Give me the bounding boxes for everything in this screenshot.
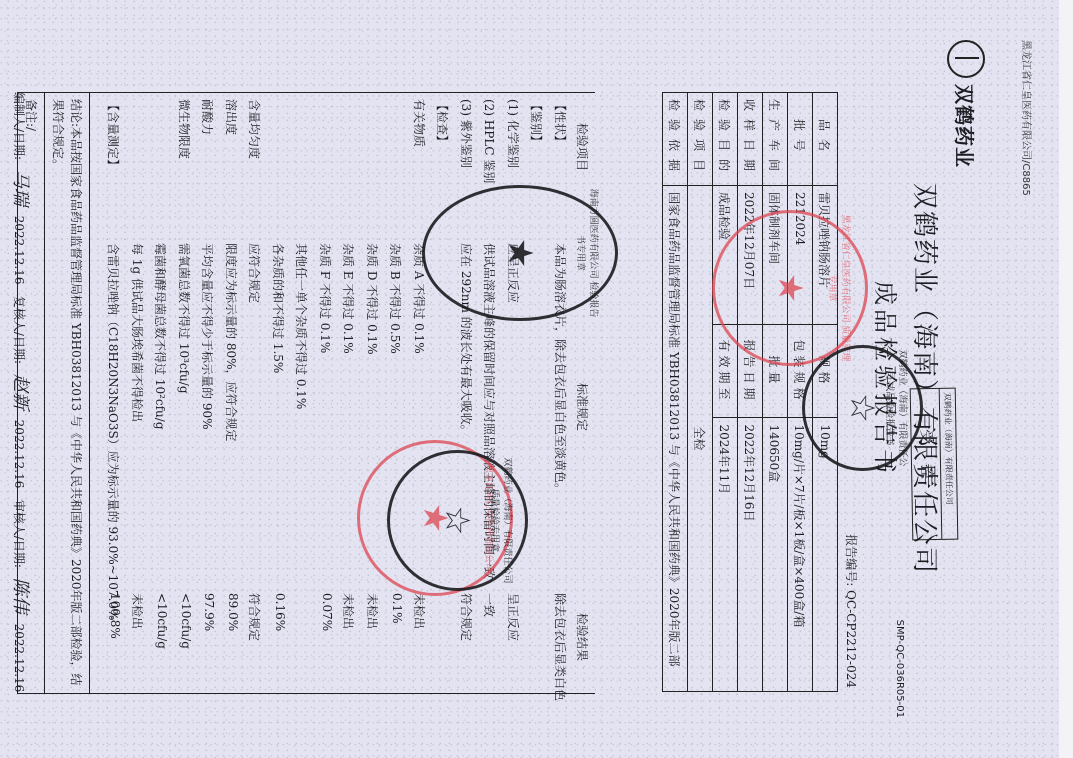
result-standard: 杂质 F 不得过 0.1%: [317, 243, 334, 353]
result-standard: 杂质 E 不得过 0.1%: [341, 243, 358, 354]
label-batch: 批号: [788, 93, 813, 186]
table-row: 生产车间 固体制剂车间 批量 140650盒: [763, 93, 788, 692]
result-item: 【性状】: [552, 99, 569, 147]
star-icon: ☆: [441, 505, 475, 535]
black-stamp-report: ☆ 双鹤药业（海南）有限责任公司 成品检验报告书: [802, 345, 923, 471]
result-value: 0.1%: [391, 593, 405, 624]
result-item: 【含量测定】: [106, 99, 123, 171]
scan-edge: [1059, 0, 1073, 758]
company-logo: 双鹤药业: [947, 40, 985, 168]
signature-row: 编制人/日期: 马瑞 2022.12.16 复核人/日期: 赵新 2022.12…: [9, 92, 35, 732]
result-item: 溶出度: [223, 99, 240, 135]
result-item: 含量均匀度: [247, 99, 264, 159]
results-section: 检验项目 标准规定 检验结果 【性状】本品为肠溶衣片，除去包衣后显白色至淡黄色。…: [89, 92, 595, 694]
result-value: 未检出: [129, 593, 146, 629]
result-item: (2) HPLC 鉴别: [482, 99, 499, 183]
table-row: 检验目的 成品检验 有效期至 2024年11月: [713, 93, 738, 692]
result-value: 未检出: [341, 593, 358, 629]
table-row: 收样日期 2022年12月07日 报告日期 2022年12月16日: [738, 93, 763, 692]
result-value: <10cfu/g: [156, 593, 170, 649]
report-number: 报告编号: QC-CP2212-024: [843, 534, 860, 688]
compiler-date: 2022.12.16: [12, 216, 26, 285]
conclusion-text: 结论:本品按国家食品药品监督管理局标准 YBH03812013 与《中华人民共和…: [44, 93, 89, 693]
report-number-label: 报告编号:: [844, 534, 858, 586]
result-standard: 杂质 B 不得过 0.5%: [388, 243, 405, 354]
result-value: 未检出: [411, 593, 428, 629]
header-result: 检验结果: [574, 613, 591, 661]
report-number-value: QC-CP2212-024: [844, 590, 858, 688]
result-value: 0.16%: [273, 593, 287, 631]
reviewer-signature: 赵新: [10, 374, 31, 410]
result-value: 0.07%: [320, 593, 334, 631]
result-standard: 每 1g 供试品大肠埃希菌不得检出: [129, 243, 146, 422]
inspection-report-page: 黑龙江省仁皇医药有限公司/C8865 双鹤药业 双鹤药业（海南）有限责任公司 双…: [0, 0, 1073, 758]
label-purpose: 检验目的: [713, 93, 738, 186]
compiler-label: 编制人/日期:: [12, 92, 26, 160]
star-icon: ★: [773, 273, 807, 303]
value-test-items: 全检: [688, 186, 713, 692]
result-standard: 限度应为标示量的 80%，应符合规定: [223, 243, 240, 442]
result-item: 【检查】: [435, 99, 452, 147]
logo-text: 双鹤药业: [952, 84, 981, 168]
crane-logo-icon: [947, 40, 985, 78]
label-product-name: 品名: [813, 93, 838, 186]
result-value: 符合规定: [458, 593, 475, 641]
star-icon: ☆: [846, 393, 880, 423]
reviewer-label: 复核人/日期:: [12, 296, 26, 364]
value-basis: 国家食品药品监督管理局标准 YBH03812013 与《中华人民共和国药典》20…: [663, 186, 688, 692]
result-standard: 需氧菌总数不得过 10³cfu/g: [176, 243, 193, 394]
result-value: 100.8%: [109, 593, 123, 639]
result-standard: 应符合规定: [247, 243, 264, 303]
reviewer-date: 2022.12.16: [12, 420, 26, 489]
result-value: 符合规定: [247, 593, 264, 641]
label-sample-date: 收样日期: [738, 93, 763, 186]
result-standard: 平均含量应不得少于标示量的 90%: [200, 243, 217, 430]
black-stamp-quality: ☆ 双鹤药业（海南）有限责任公司 质量检验专用章: [387, 450, 528, 591]
approver-label: 审核人/日期:: [12, 500, 26, 568]
result-value: 除去包衣后显类白色: [552, 593, 569, 701]
result-item: (3) 紫外鉴别: [458, 99, 475, 168]
label-basis: 检验依据: [663, 93, 688, 186]
result-item: 微生物限度: [176, 99, 193, 159]
approver-signature: 陈伟: [10, 578, 31, 614]
compiler-signature: 马瑞: [10, 170, 31, 206]
label-workshop: 生产车间: [763, 93, 788, 186]
label-test-items: 检验项目: [688, 93, 713, 186]
result-standard: 各杂质的和不得过 1.5%: [270, 243, 287, 373]
value-expiry: 2024年11月: [713, 418, 738, 692]
result-value: 呈正反应: [505, 593, 522, 641]
result-item: 有关物质: [411, 99, 428, 147]
result-item: 【鉴别】: [529, 99, 546, 147]
result-standard: 其他任一单个杂质不得过 0.1%: [294, 243, 311, 409]
table-row: 检验项目 全检: [688, 93, 713, 692]
result-standard: 含雷贝拉唑钠（C18H20N3NaO3S）应为标示量的 93.0%~107.0%: [106, 243, 123, 620]
result-value: 89.0%: [226, 593, 240, 631]
value-batch-size: 140650盒: [763, 418, 788, 692]
result-standard: 霉菌和酵母菌总数不得过 10²cfu/g: [153, 243, 170, 430]
black-stamp-text: 双鹤药业（海南）有限责任公司 成品检验报告书: [884, 348, 910, 468]
black-stamp-hainan-text: 海南方圆医药有限公司 检验报告书专用章: [575, 188, 601, 318]
result-item: (1) 化学鉴别: [505, 99, 522, 168]
table-row: 检验依据 国家食品药品监督管理局标准 YBH03812013 与《中华人民共和国…: [663, 93, 688, 692]
star-icon: ★: [503, 238, 537, 268]
approver-date: 2022.12.16: [12, 624, 26, 693]
distributor-line: 黑龙江省仁皇医药有限公司/C8865: [1020, 40, 1035, 196]
header-standard: 标准规定: [574, 383, 591, 431]
black-stamp-hainan: ★ 海南方圆医药有限公司 检验报告书专用章: [422, 185, 618, 321]
result-value: 未检出: [364, 593, 381, 629]
form-number: SMP-QC-036R05-01: [894, 620, 905, 718]
result-value: <10cfu/g: [179, 593, 193, 649]
header-item: 检验项目: [574, 123, 591, 171]
result-standard: 杂质 D 不得过 0.1%: [364, 243, 381, 355]
value-report-date: 2022年12月16日: [738, 418, 763, 692]
controlled-stamp-header: 双鹤药业（海南）有限责任公司: [939, 389, 958, 539]
result-value: 一致: [482, 593, 499, 617]
result-item: 耐酸力: [200, 99, 217, 135]
red-stamp-quality: ★ 黑龙江省仁皇医药有限公司 质量管理专用章: [712, 210, 868, 366]
black-stamp-quality-text: 双鹤药业（海南）有限责任公司 质量检验专用章: [489, 453, 515, 588]
red-stamp-text: 黑龙江省仁皇医药有限公司 质量管理专用章: [827, 213, 853, 363]
result-value: 97.9%: [203, 593, 217, 631]
value-package: 10mg/片×7片/板×1板/盒×400盒/箱: [788, 418, 813, 692]
